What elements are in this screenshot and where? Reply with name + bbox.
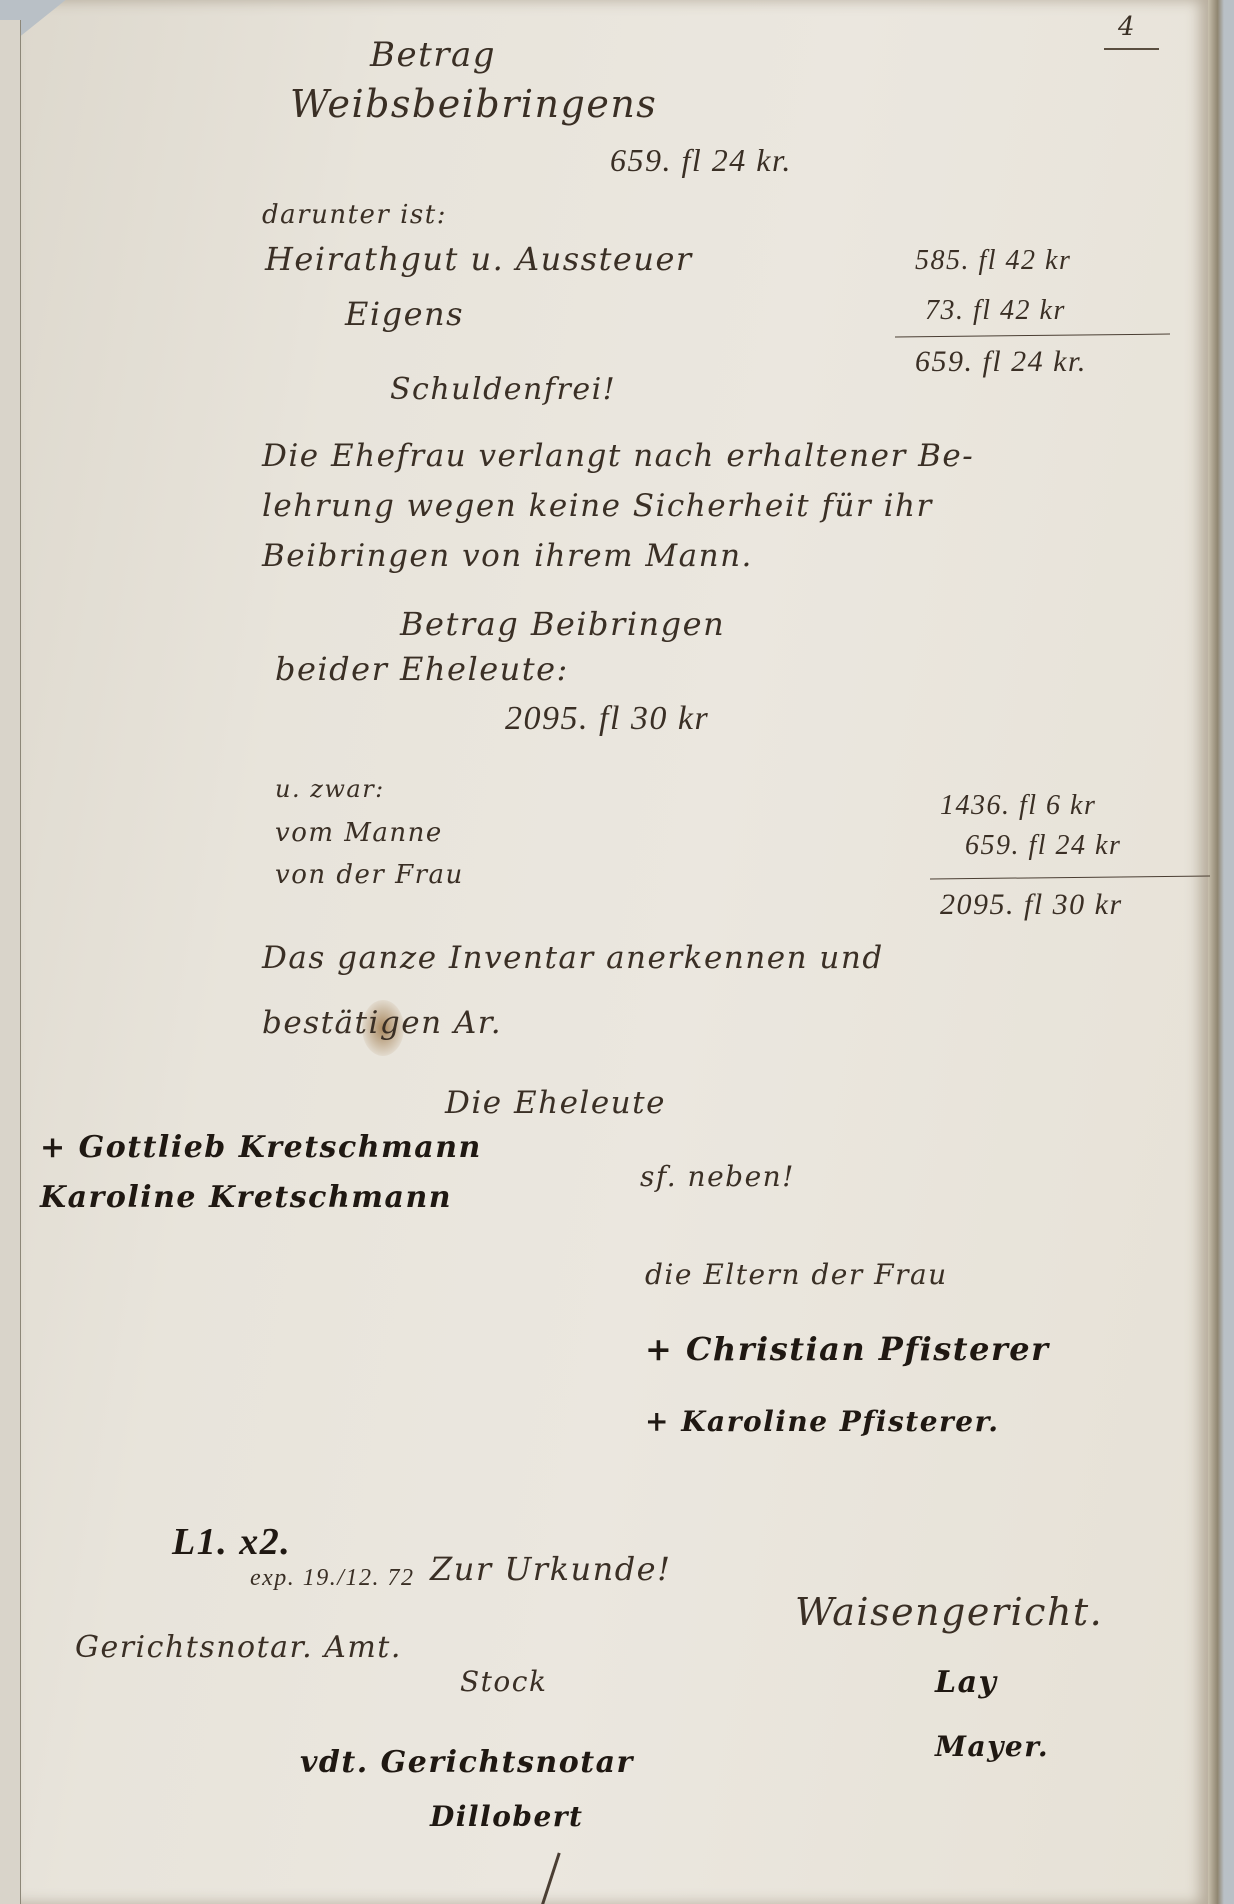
wife-total: 659. fl 24 kr. [610, 142, 792, 179]
wife-row-amount: 585. fl 42 kr [915, 245, 1071, 277]
notary-signature: Dillobert [430, 1800, 583, 1833]
both-intro: u. zwar: [275, 775, 385, 803]
attestation: Zur Urkunde! [430, 1550, 671, 1588]
both-sum: 2095. fl 30 kr [940, 888, 1123, 922]
both-row-amount: 1436. fl 6 kr [940, 790, 1096, 822]
wife-row-label: Eigens [345, 295, 464, 333]
court-name: Waisengericht. [795, 1590, 1103, 1634]
officer-name: Stock [460, 1665, 547, 1698]
declaration-line: lehrung wegen keine Sicherheit für ihr [262, 488, 933, 524]
signature-mother: + Karoline Pfisterer. [645, 1405, 1000, 1438]
wife-row-amount: 73. fl 42 kr [925, 295, 1066, 327]
both-row-label: von der Frau [275, 860, 464, 890]
notary-office: Gerichtsnotar. Amt. [75, 1630, 402, 1665]
wife-sum: 659. fl 24 kr. [915, 345, 1087, 379]
wife-intro: darunter ist: [262, 200, 447, 230]
confirmation-line: Das ganze Inventar anerkennen und [262, 940, 884, 976]
signature-wife: Karoline Kretschmann [40, 1180, 452, 1215]
wife-note: Schuldenfrei! [390, 372, 616, 407]
parents-label: die Eltern der Frau [645, 1258, 948, 1291]
confirmation-line: bestätigen Ar. [262, 1005, 502, 1041]
see-beside-note: sf. neben! [640, 1160, 795, 1193]
signature-husband: + Gottlieb Kretschmann [40, 1130, 482, 1165]
page-number-underline [1104, 48, 1159, 50]
spouses-label: Die Eheleute [445, 1085, 666, 1121]
declaration-line: Beibringen von ihrem Mann. [262, 538, 753, 574]
both-row-amount: 659. fl 24 kr [965, 830, 1121, 862]
signature-father: + Christian Pfisterer [645, 1330, 1050, 1368]
both-heading-1: Betrag Beibringen [400, 605, 725, 643]
court-member: Mayer. [935, 1730, 1049, 1763]
expedited-date: exp. 19./12. 72 [250, 1565, 414, 1592]
both-total: 2095. fl 30 kr [505, 700, 709, 738]
wife-heading-2: Weibsbeibringens [290, 82, 657, 126]
both-heading-2: beider Eheleute: [275, 650, 569, 688]
court-member: Lay [935, 1665, 997, 1700]
both-row-label: vom Manne [275, 818, 443, 848]
page-number: 4 [1118, 12, 1136, 42]
wife-row-label: Heirathgut u. Aussteuer [265, 240, 693, 278]
register-mark: L1. x2. [172, 1520, 291, 1564]
notary-title: vdt. Gerichtsnotar [300, 1745, 634, 1780]
previous-page-edge [0, 20, 21, 1904]
book-edge [1208, 0, 1224, 1904]
declaration-line: Die Ehefrau verlangt nach erhaltener Be- [262, 438, 974, 474]
wife-heading-1: Betrag [370, 35, 496, 75]
